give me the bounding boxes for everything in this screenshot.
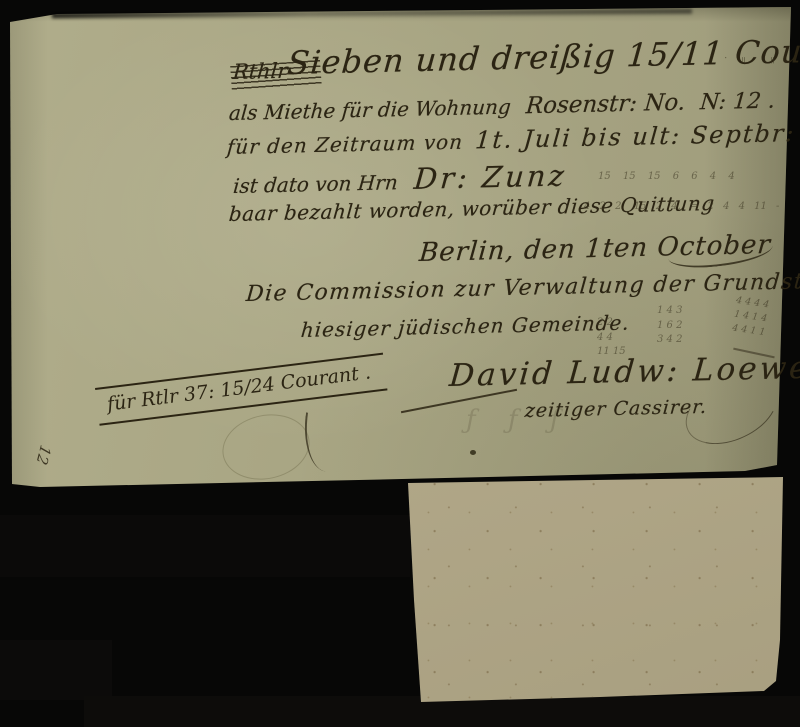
payer-prefix: ist dato von Hrn: [232, 170, 399, 198]
rent-line: als Miethe für die Wohnung Rosenstr: No.…: [228, 88, 776, 126]
ink-bleedthrough-marks: ƒ ƒ ƒ: [466, 402, 559, 440]
amount-note-box: für Rtlr 37: 15/24 Courant .: [95, 353, 387, 426]
rent-street: Rosenstr: No.: [525, 90, 686, 120]
issuer-line-2: hiesiger jüdischen Gemeinde.: [300, 310, 631, 342]
embossed-stamp-mark: [216, 407, 315, 488]
pencil-jottings-cluster-right: 4 4 4 4 1 4 1 4 4 4 1 1: [731, 294, 770, 340]
pencil-jottings-column-left: 2 2 4 4 11 15: [597, 316, 626, 360]
scan-stage: Rthlr Sieben und dreißig 15/11 Courant a…: [0, 0, 800, 727]
pencil-jottings-column-mid: 1 4 3 1 6 2 3 4 2: [657, 304, 682, 348]
ink-dot: [470, 450, 476, 455]
handwriting-layer: Rthlr Sieben und dreißig 15/11 Courant a…: [0, 0, 800, 727]
period-dates: 1t. Juli bis ult: Septbr:: [474, 119, 797, 154]
pencil-jottings-row1: 15 15 15 6 6 4 4: [598, 170, 735, 185]
pencil-jottings-row2: 4 2 2. 15 2 4. = 2 4 4 11 -: [584, 200, 779, 215]
period-prefix: für den Zeitraum von: [226, 130, 464, 159]
payer-name: Dr: Zunz: [413, 158, 569, 196]
issuer-line-1: Die Commission zur Verwaltung der Grunds…: [245, 268, 800, 307]
amount-note-text: für Rtlr 37: 15/24 Courant .: [106, 361, 372, 415]
archive-number: 12: [33, 443, 55, 467]
rent-prefix: als Miethe für die Wohnung: [228, 95, 512, 125]
pencil-jottings-margin: = . = .: [720, 56, 778, 78]
period-line: für den Zeitraum von 1t. Juli bis ult: S…: [226, 119, 797, 160]
payer-line: ist dato von Hrn Dr: Zunz: [232, 158, 568, 200]
rent-house-number: N: 12 .: [699, 89, 776, 116]
